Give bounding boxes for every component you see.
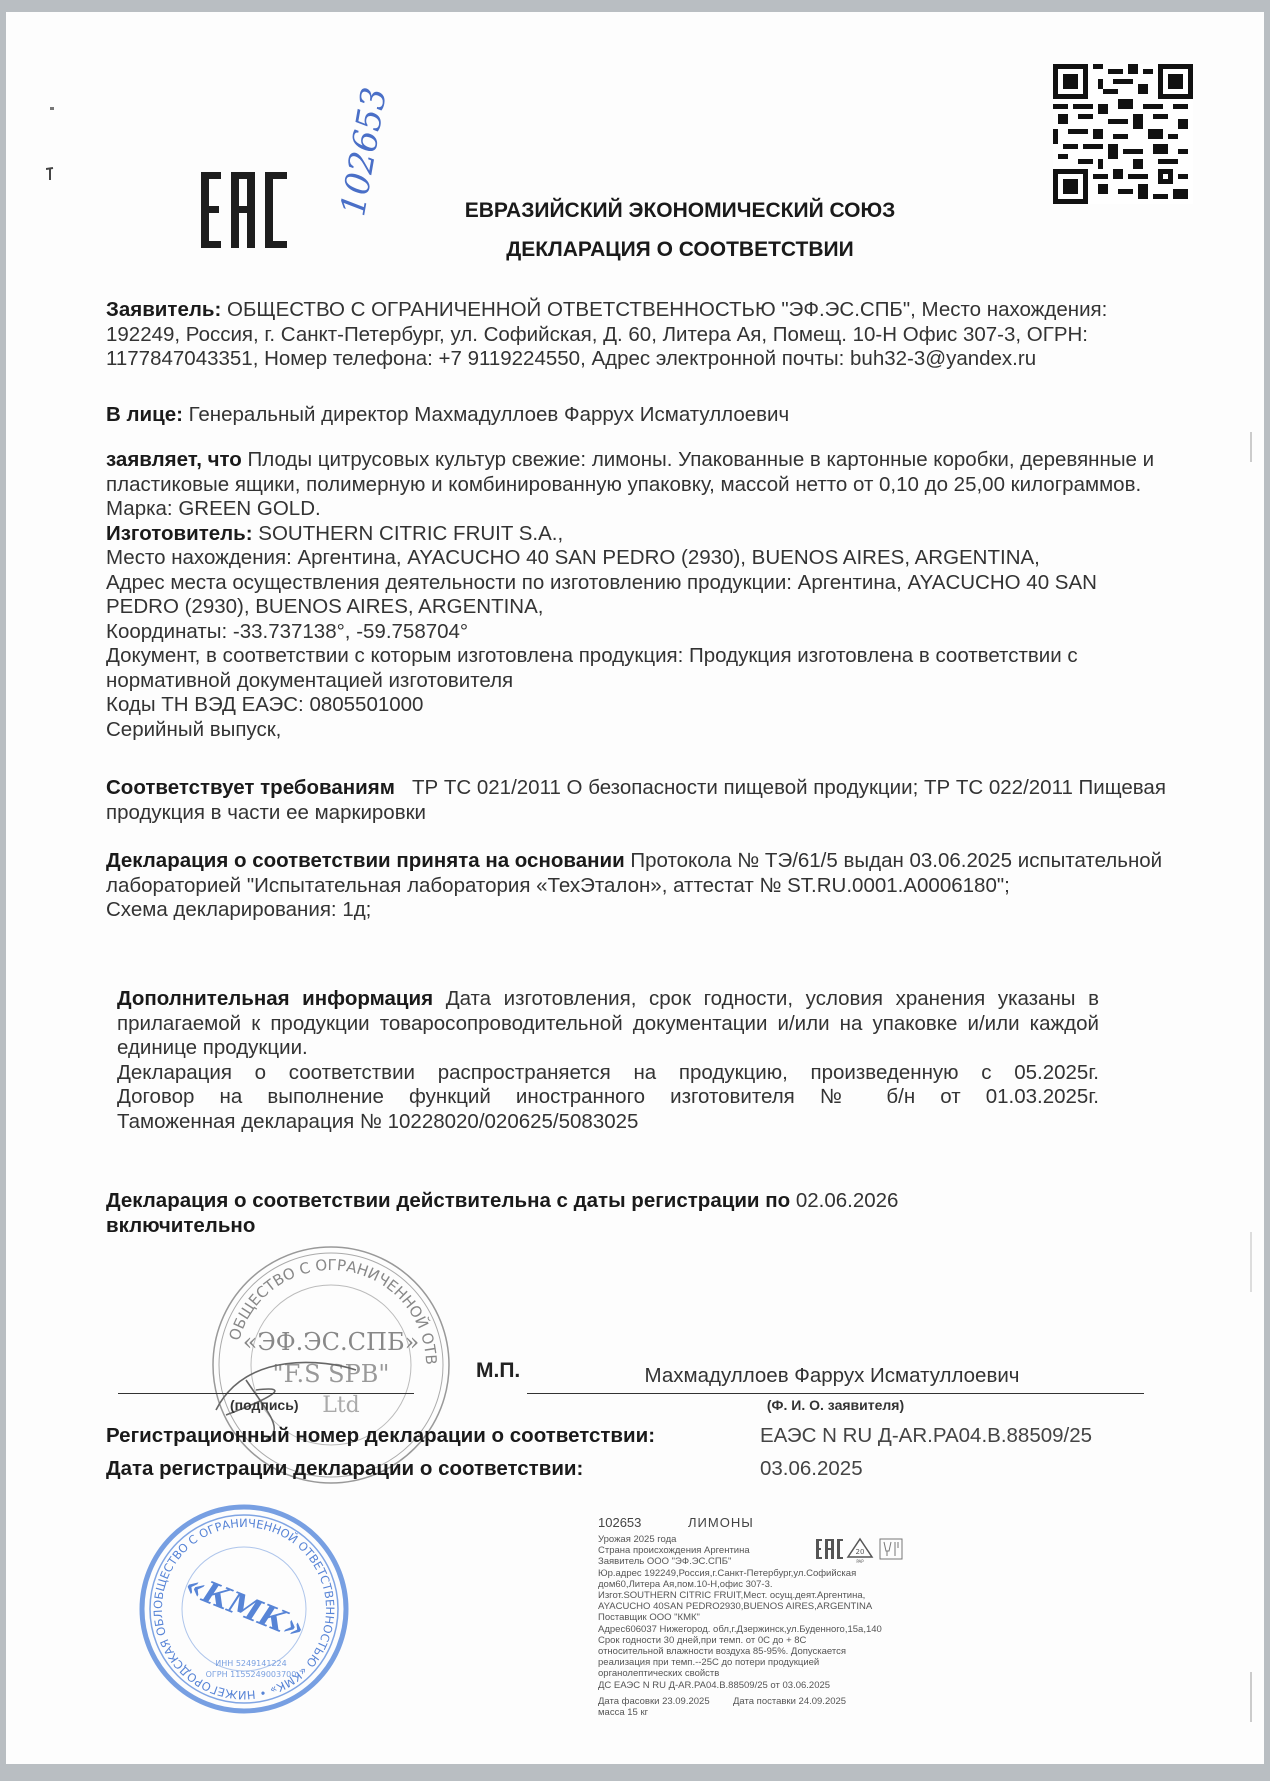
label-delivery-date: Дата поставки 24.09.2025 <box>733 1696 846 1707</box>
applicant-text: ОБЩЕСТВО С ОГРАНИЧЕННОЙ ОТВЕТСТВЕННОСТЬЮ… <box>106 298 1107 370</box>
applicant-label: Заявитель: <box>106 298 221 321</box>
manufacturer-activity-address: Адрес места осуществления деятельности п… <box>106 571 1166 620</box>
signature-caption: (подпись) <box>230 1397 299 1413</box>
svg-text:«КМК»: «КМК» <box>180 1568 309 1647</box>
seal-place-mark: М.П. <box>476 1359 520 1383</box>
foreign-manufacturer-contract: Договор на выполнение функций иностранно… <box>117 1085 1099 1110</box>
scan-mark <box>46 167 54 179</box>
svg-text:Ltd: Ltd <box>322 1393 360 1418</box>
manufacturing-document: Документ, в соответствии с которым изгот… <box>106 644 1166 693</box>
validity-date: 02.06.2026 <box>796 1189 899 1212</box>
qr-code-icon[interactable] <box>1053 64 1193 204</box>
label-line: Срок годности 30 дней,при темп. от 0С до… <box>598 1635 924 1646</box>
document-title: ДЕКЛАРАЦИЯ О СООТВЕТСТВИИ <box>6 238 1264 262</box>
signer-name-line <box>527 1393 1144 1394</box>
signer-caption: (Ф. И. О. заявителя) <box>527 1397 1144 1413</box>
signature-line <box>118 1393 414 1394</box>
basis-section: Декларация о соответствии принята на осн… <box>106 849 1166 923</box>
label-product: ЛИМОНЫ <box>688 1517 754 1528</box>
declaration-scheme: Схема декларирования: 1д; <box>106 898 1166 923</box>
applicant-stamp: ОБЩЕСТВО С ОГРАНИЧЕННОЙ ОТВЕТСТВЕННОСТЬЮ… <box>206 1240 456 1490</box>
label-line: ДС ЕАЭС N RU Д-AR.PA04.B.88509/25 от 03.… <box>598 1680 924 1691</box>
label-packing-date: Дата фасовки 23.09.2025 <box>598 1696 710 1707</box>
declaration-page: 102653 ЕВРАЗИЙСКИЙ ЭКОНОМИЧЕСКИЙ <box>6 12 1264 1764</box>
manufacturer-name: SOUTHERN CITRIC FRUIT S.A., <box>258 522 563 545</box>
validity-suffix: включительно <box>106 1214 255 1237</box>
recycle-icon: 20PAP <box>848 1539 872 1563</box>
food-safe-icon <box>880 1539 902 1559</box>
registration-number: ЕАЭС N RU Д-AR.PA04.B.88509/25 <box>760 1424 1092 1449</box>
label-line: AYACUCHO 40SAN PEDRO2930,BUENOS AIRES,AR… <box>598 1601 924 1612</box>
label-line: реализация при темп.--25С до потери прод… <box>598 1657 924 1668</box>
registration-number-label: Регистрационный номер декларации о соотв… <box>106 1424 655 1449</box>
applicant-section: Заявитель: ОБЩЕСТВО С ОГРАНИЧЕННОЙ ОТВЕТ… <box>106 298 1166 372</box>
label-marks: 20PAP <box>816 1537 916 1563</box>
manufacturer-coordinates: Координаты: -33.737138°, -59.758704° <box>106 620 1166 645</box>
additional-info-section: Дополнительная информация Дата изготовле… <box>117 987 1099 1134</box>
eac-mark-icon <box>816 1539 843 1559</box>
label-line: Изгот.SOUTHERN CITRIC FRUIT,Мест. осущ.д… <box>598 1590 924 1601</box>
label-line: Адрес606037 Нижегород. обл,г.Дзержинск,у… <box>598 1624 924 1635</box>
label-code: 102653 <box>598 1517 641 1528</box>
supplier-stamp: ОБЩЕСТВО С ОГРАНИЧЕННОЙ ОТВЕТСТВЕННОСТЬЮ… <box>139 1504 349 1714</box>
label-mass: масса 15 кг <box>598 1707 924 1718</box>
scan-speck <box>50 107 54 110</box>
registration-date-label: Дата регистрации декларации о соответств… <box>106 1457 583 1482</box>
represented-by-label: В лице: <box>106 403 183 426</box>
represented-by-section: В лице: Генеральный директор Махмадуллое… <box>106 403 1166 428</box>
hs-codes: Коды ТН ВЭД ЕАЭС: 0805501000 <box>106 693 1166 718</box>
union-title: ЕВРАЗИЙСКИЙ ЭКОНОМИЧЕСКИЙ СОЮЗ <box>6 199 1264 223</box>
label-line: Поставщик ООО "КМК" <box>598 1612 924 1623</box>
basis-label: Декларация о соответствии принята на осн… <box>106 849 625 872</box>
scan-noise <box>1250 432 1252 462</box>
compliance-label: Соответствует требованиям <box>106 776 395 799</box>
svg-text:ОГРН 1155249003700: ОГРН 1155249003700 <box>206 1670 297 1679</box>
product-label-sticker: 102653 ЛИМОНЫ 20PAP Урожая 2025 года Стр… <box>594 1517 924 1729</box>
svg-text:ИНН 5249141224: ИНН 5249141224 <box>215 1659 286 1668</box>
represented-by-text: Генеральный директор Махмадуллоев Фаррух… <box>189 403 790 426</box>
validity-section: Декларация о соответствии действительна … <box>106 1189 1166 1238</box>
compliance-section: Соответствует требованиям ТР ТС 021/2011… <box>106 776 1166 825</box>
customs-declaration: Таможенная декларация № 10228020/020625/… <box>117 1110 1099 1135</box>
label-line: органолептических свойств <box>598 1668 924 1679</box>
manufacturer-location: Место нахождения: Аргентина, AYACUCHO 40… <box>106 546 1166 571</box>
svg-text:20: 20 <box>856 1548 865 1556</box>
svg-text:«ЭФ.ЭС.СПБ»: «ЭФ.ЭС.СПБ» <box>243 1328 420 1356</box>
validity-label: Декларация о соответствии действительна … <box>106 1189 790 1212</box>
scan-noise <box>1250 1232 1252 1292</box>
registration-date: 03.06.2025 <box>760 1457 863 1482</box>
manufacturer-label: Изготовитель: <box>106 522 253 545</box>
label-line: Юр.адрес 192249,Россия,г.Санкт-Петербург… <box>598 1568 924 1579</box>
additional-info-label: Дополнительная информация <box>117 987 433 1010</box>
label-line: относительной влажности воздуха 85-95%. … <box>598 1646 924 1657</box>
signer-name: Махмадуллоев Фаррух Исматуллоевич <box>530 1364 1134 1389</box>
scan-noise <box>1250 1672 1252 1722</box>
label-line: дом60,Литера Ая,пом.10-Н,офис 307-3. <box>598 1579 924 1590</box>
product-description: Плоды цитрусовых культур свежие: лимоны.… <box>106 448 1154 520</box>
declares-section: заявляет, что Плоды цитрусовых культур с… <box>106 448 1166 742</box>
production-date-note: Декларация о соответствии распространяет… <box>117 1061 1099 1086</box>
declares-label: заявляет, что <box>106 448 242 471</box>
release-type: Серийный выпуск, <box>106 718 1166 743</box>
svg-text:PAP: PAP <box>856 1559 864 1563</box>
